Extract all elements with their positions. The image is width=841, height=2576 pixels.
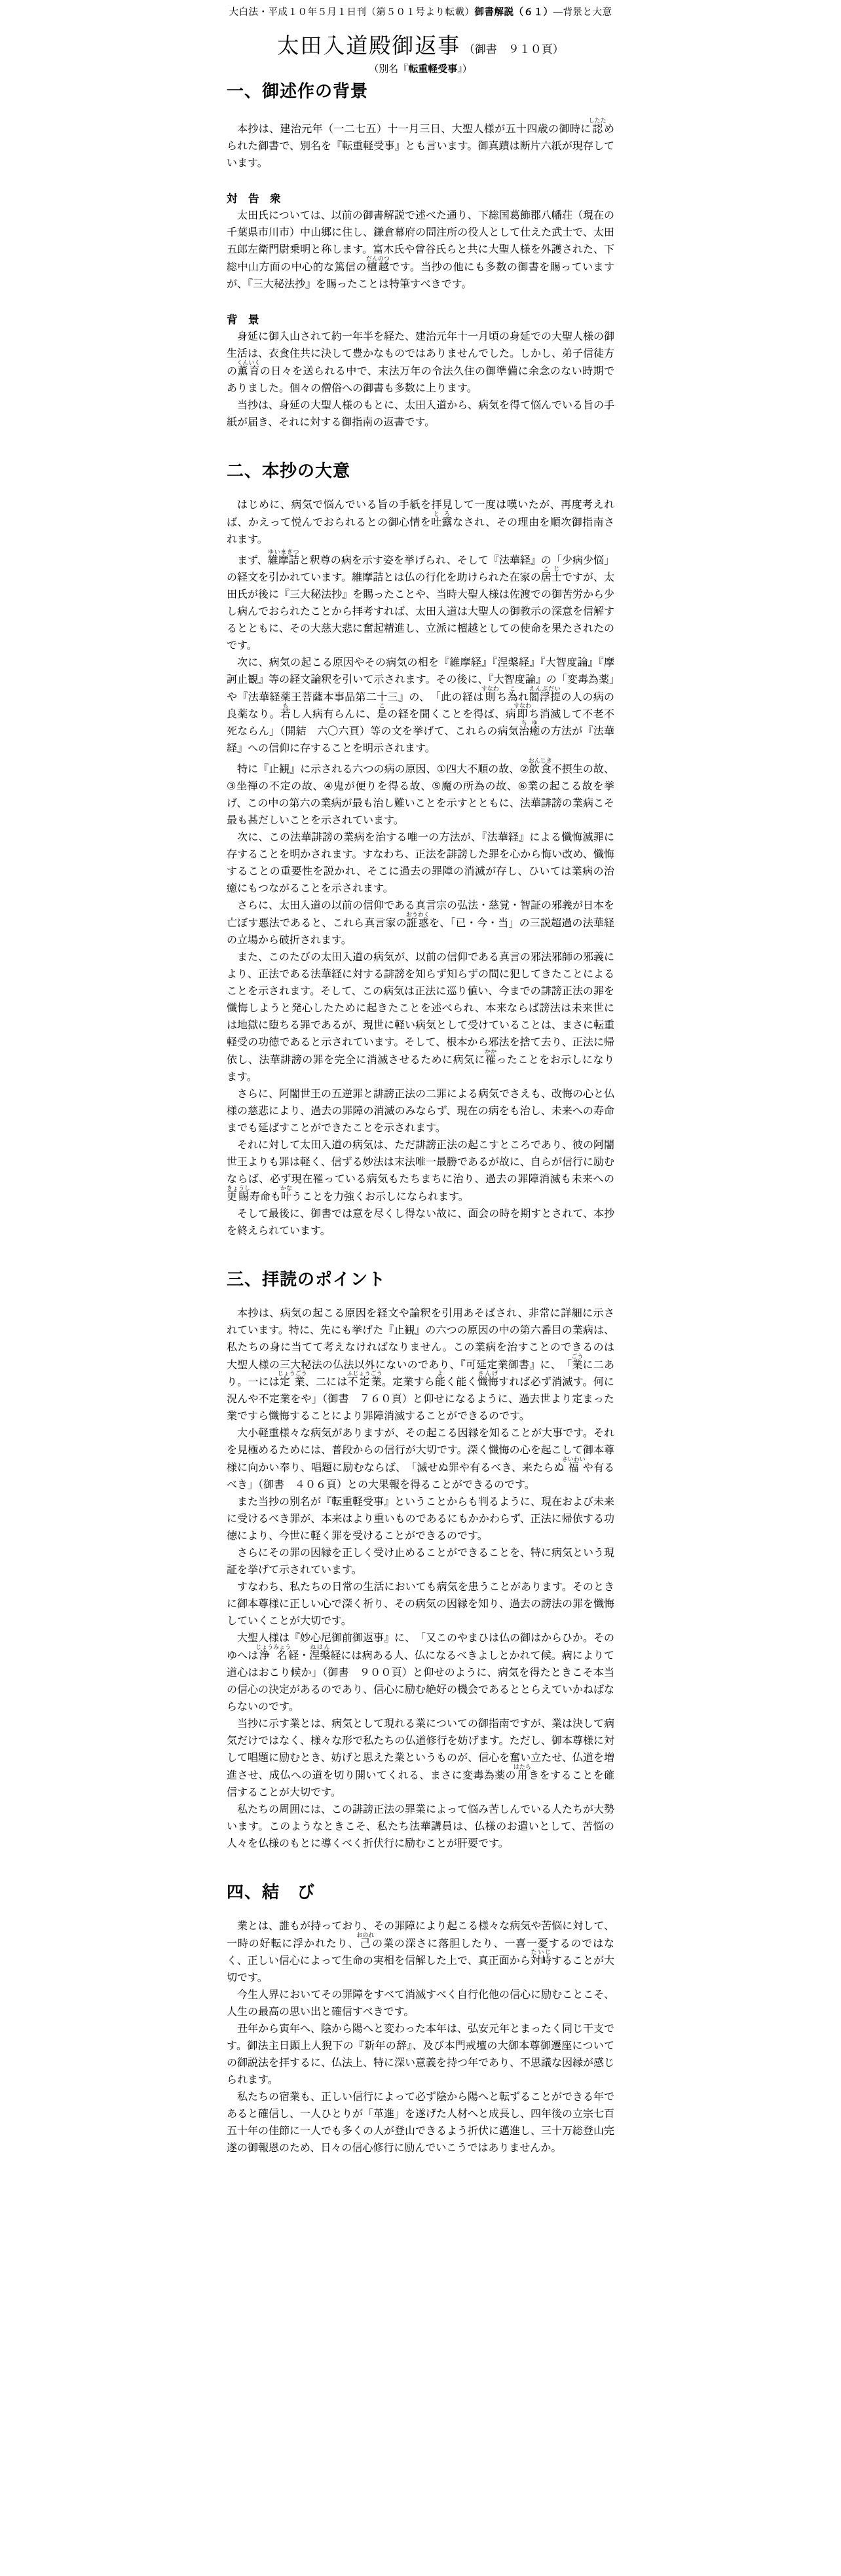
issue-line-emphasis: 御書解説（６１） [475,7,553,18]
document-body: 一、御述作の背景本抄は、建治元年（一二七五）十一月三日、大聖人様が五十四歳の御時… [227,81,614,2157]
ruby-annotation: 誑惑おうわく [407,918,429,929]
issue-line-suffix: ―背景と大意 [553,7,612,18]
ruby-annotation: 薫育くんいく [237,366,259,377]
ruby-annotation: 福さいわい [565,1462,583,1474]
ruby-annotation: 閻浮提えんぶだい [529,692,561,703]
ruby-annotation: 涅槃ねはん [309,1650,330,1661]
ruby-annotation: 則すなわ [484,692,496,703]
paragraph: 大聖人様は『妙心尼御前御返事』に、 「又このやまひは仏の御はからひか。そのゆへは… [227,1630,614,1716]
issue-line-prefix: 大白法・平成１０年５月１日刊（第５０１号より転載） [229,7,475,18]
page-title: 太田入道殿御返事 [277,33,460,58]
document-title-line: 太田入道殿御返事 （御書 ９１０頁） [0,29,841,60]
ruby-annotation: 用はたら [516,1770,529,1781]
ruby-annotation: 更賜きょうし [227,1191,250,1203]
paragraph: 次に、この法華誹謗の業病を治する唯一の方法が、『法華経』による懺悔滅罪に存するこ… [227,829,614,898]
paragraph: 私たちの周囲には、この誹謗正法の罪業によって悩み苦しんでいる人たちが大勢います。… [227,1802,614,1853]
paragraph: 本抄は、建治元年（一二七五）十一月三日、大聖人様が五十四歳の御時に認したためられ… [227,117,614,172]
ruby-annotation: 認したた [591,124,604,135]
ruby-annotation: 定業じょうごう [280,1377,305,1388]
ruby-annotation: 檀越だんのつ [367,262,389,273]
paragraph: はじめに、病気で悩んでいる旨の手紙を拝見して一度は嘆いたが、再度考えれば、かえっ… [227,497,614,549]
document-alias-line: （別名『転重軽受事』） [0,62,841,75]
ruby-annotation: 叶かな [281,1191,291,1203]
section-heading: 一、御述作の背景 [227,81,614,101]
ruby-annotation: 対峙たいじ [531,1955,551,1967]
section-heading: 四、結 び [227,1881,614,1902]
paragraph: また、このたびの太田入道の病気が、以前の信仰である真言の邪法邪師の邪義により、正… [227,949,614,1086]
paragraph: すなわち、私たちの日常の生活においても病気を患うことがあります。そのときに御本尊… [227,1579,614,1630]
sub-heading: 背 景 [227,312,614,329]
paragraph: 本抄は、病気の起こる原因を経文や論釈を引用あそばされ、非常に詳細に示されています… [227,1305,614,1425]
alias-prefix: （別名『 [369,63,408,75]
bottom-margin [0,2157,841,2576]
page-title-reference: （御書 ９１０頁） [464,43,564,56]
sub-heading: 対 告 衆 [227,190,614,208]
ruby-annotation: 能よ [435,1377,445,1388]
ruby-annotation: 不定業ふじょうごう [348,1377,382,1388]
ruby-annotation: 飲食おんじき [529,764,551,775]
ruby-annotation: 居士こじ [541,572,562,583]
paragraph: 業とは、誰もが持っており、その罪障により起こる様々な病気や苦悩に対して、一時の好… [227,1918,614,1987]
document-page: 大白法・平成１０年５月１日刊（第５０１号より転載）御書解説（６１）―背景と大意 … [0,0,841,2576]
ruby-annotation: 罹かか [485,1055,496,1066]
paragraph: 身延に御入山されて約一年半を経た、建治元年十一月頃の身延での大聖人様の御生活は、… [227,329,614,397]
section-heading: 二、本抄の大意 [227,460,614,481]
section-heading: 三、拝読のポイント [227,1269,614,1290]
paragraph: また当抄の別名が『転重軽受事』ということからも判るように、現在および未来に受ける… [227,1494,614,1545]
paragraph: 当抄に示す業とは、病気として現れる業についての御指南ですが、業は決して病気だけで… [227,1716,614,1802]
paragraph: さらに、太田入道の以前の信仰である真言宗の弘法・慈覚・智証の邪義が日本を亡ぼす悪… [227,898,614,949]
paragraph: 今生人界においてその罪障をすべて消滅すべく自行化他の信心に励むことこそ、人生の最… [227,1987,614,2021]
paragraph: それに対して太田入道の病気は、ただ誹謗正法の起こすところであり、彼の阿闍世王より… [227,1137,614,1206]
ruby-annotation: 是こ [377,709,387,720]
paragraph: 当抄は、身延の大聖人様のもとに、太田入道から、病気を得て悩んでいる旨の手紙が届き… [227,397,614,431]
ruby-annotation: 浄名じょうみょう [258,1650,288,1661]
paragraph: 太田氏については、以前の御書解説で述べた通り、下総国葛飾郡八幡荘（現在の千葉県市… [227,208,614,293]
paragraph: さらに、阿闍世王の五逆罪と誹謗正法の二罪による病気でさえも、改悔の心と仏様の慈悲… [227,1086,614,1137]
paragraph: 丑年から寅年へ、陰から陽へと変わった本年は、弘安元年とまったく同じ干支です。御法… [227,2021,614,2089]
paragraph: 大小軽重様々な病気がありますが、その起こる因縁を知ることが大事です。それを見極め… [227,1425,614,1494]
alias-suffix: 』） [457,63,472,75]
ruby-annotation: 治癒ちゆ [519,726,540,737]
ruby-annotation: 即すなわ [516,709,529,720]
paragraph: 特に『止観』に示される六つの病の原因、①四大不順の故、②飲食おんじき不摂生の故、… [227,757,614,829]
ruby-annotation: 業ごう [572,1360,582,1371]
paragraph: 私たちの宿業も、正しい信行によって必ず陰から陽へと転ずることができる年であると確… [227,2089,614,2157]
ruby-annotation: 若も [280,709,291,720]
ruby-annotation: 己おのれ [359,1938,371,1950]
ruby-annotation: 懺悔さんげ [477,1377,498,1388]
alias-title: 転重軽受事 [408,63,457,75]
paragraph: まず、維摩詰ゆいまきつと釈尊の病を示す姿を挙げられ、そして『法華経』の「少病少悩… [227,549,614,655]
paragraph: そして最後に、御書では意を尽くし得ない故に、面会の時を期すとされて、本抄を終えら… [227,1206,614,1240]
issue-line: 大白法・平成１０年５月１日刊（第５０１号より転載）御書解説（６１）―背景と大意 [0,7,841,18]
ruby-annotation: 吐露とろ [431,517,453,528]
ruby-annotation: 維摩詰ゆいまきつ [268,555,299,566]
paragraph: さらにその罪の因縁を正しく受け止めることができることを、特に病気という現証を挙げ… [227,1545,614,1579]
paragraph: 次に、病気の起こる原因やその病気の相を『維摩経』『涅槃経』『大智度論』『摩訶止観… [227,655,614,757]
ruby-annotation: 為こ [508,692,518,703]
